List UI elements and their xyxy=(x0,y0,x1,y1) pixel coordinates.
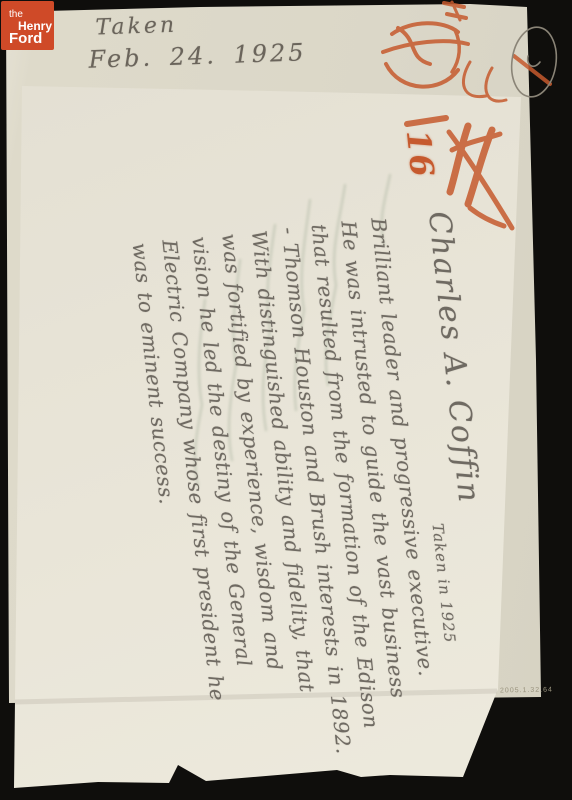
henry-ford-logo: the Henry Ford xyxy=(1,1,54,50)
handwritten-note: Charles A. Coffin Taken in 1925 Brillian… xyxy=(113,209,518,800)
scan-background: { "logo": { "line1": "the", "line2": "He… xyxy=(0,0,572,800)
crayon-number: 16 xyxy=(397,128,443,196)
pencil-hook-mark xyxy=(528,56,540,66)
logo-text-ford: Ford xyxy=(9,31,42,46)
date-annotation: Taken Feb. 24. 1925 xyxy=(87,6,307,76)
